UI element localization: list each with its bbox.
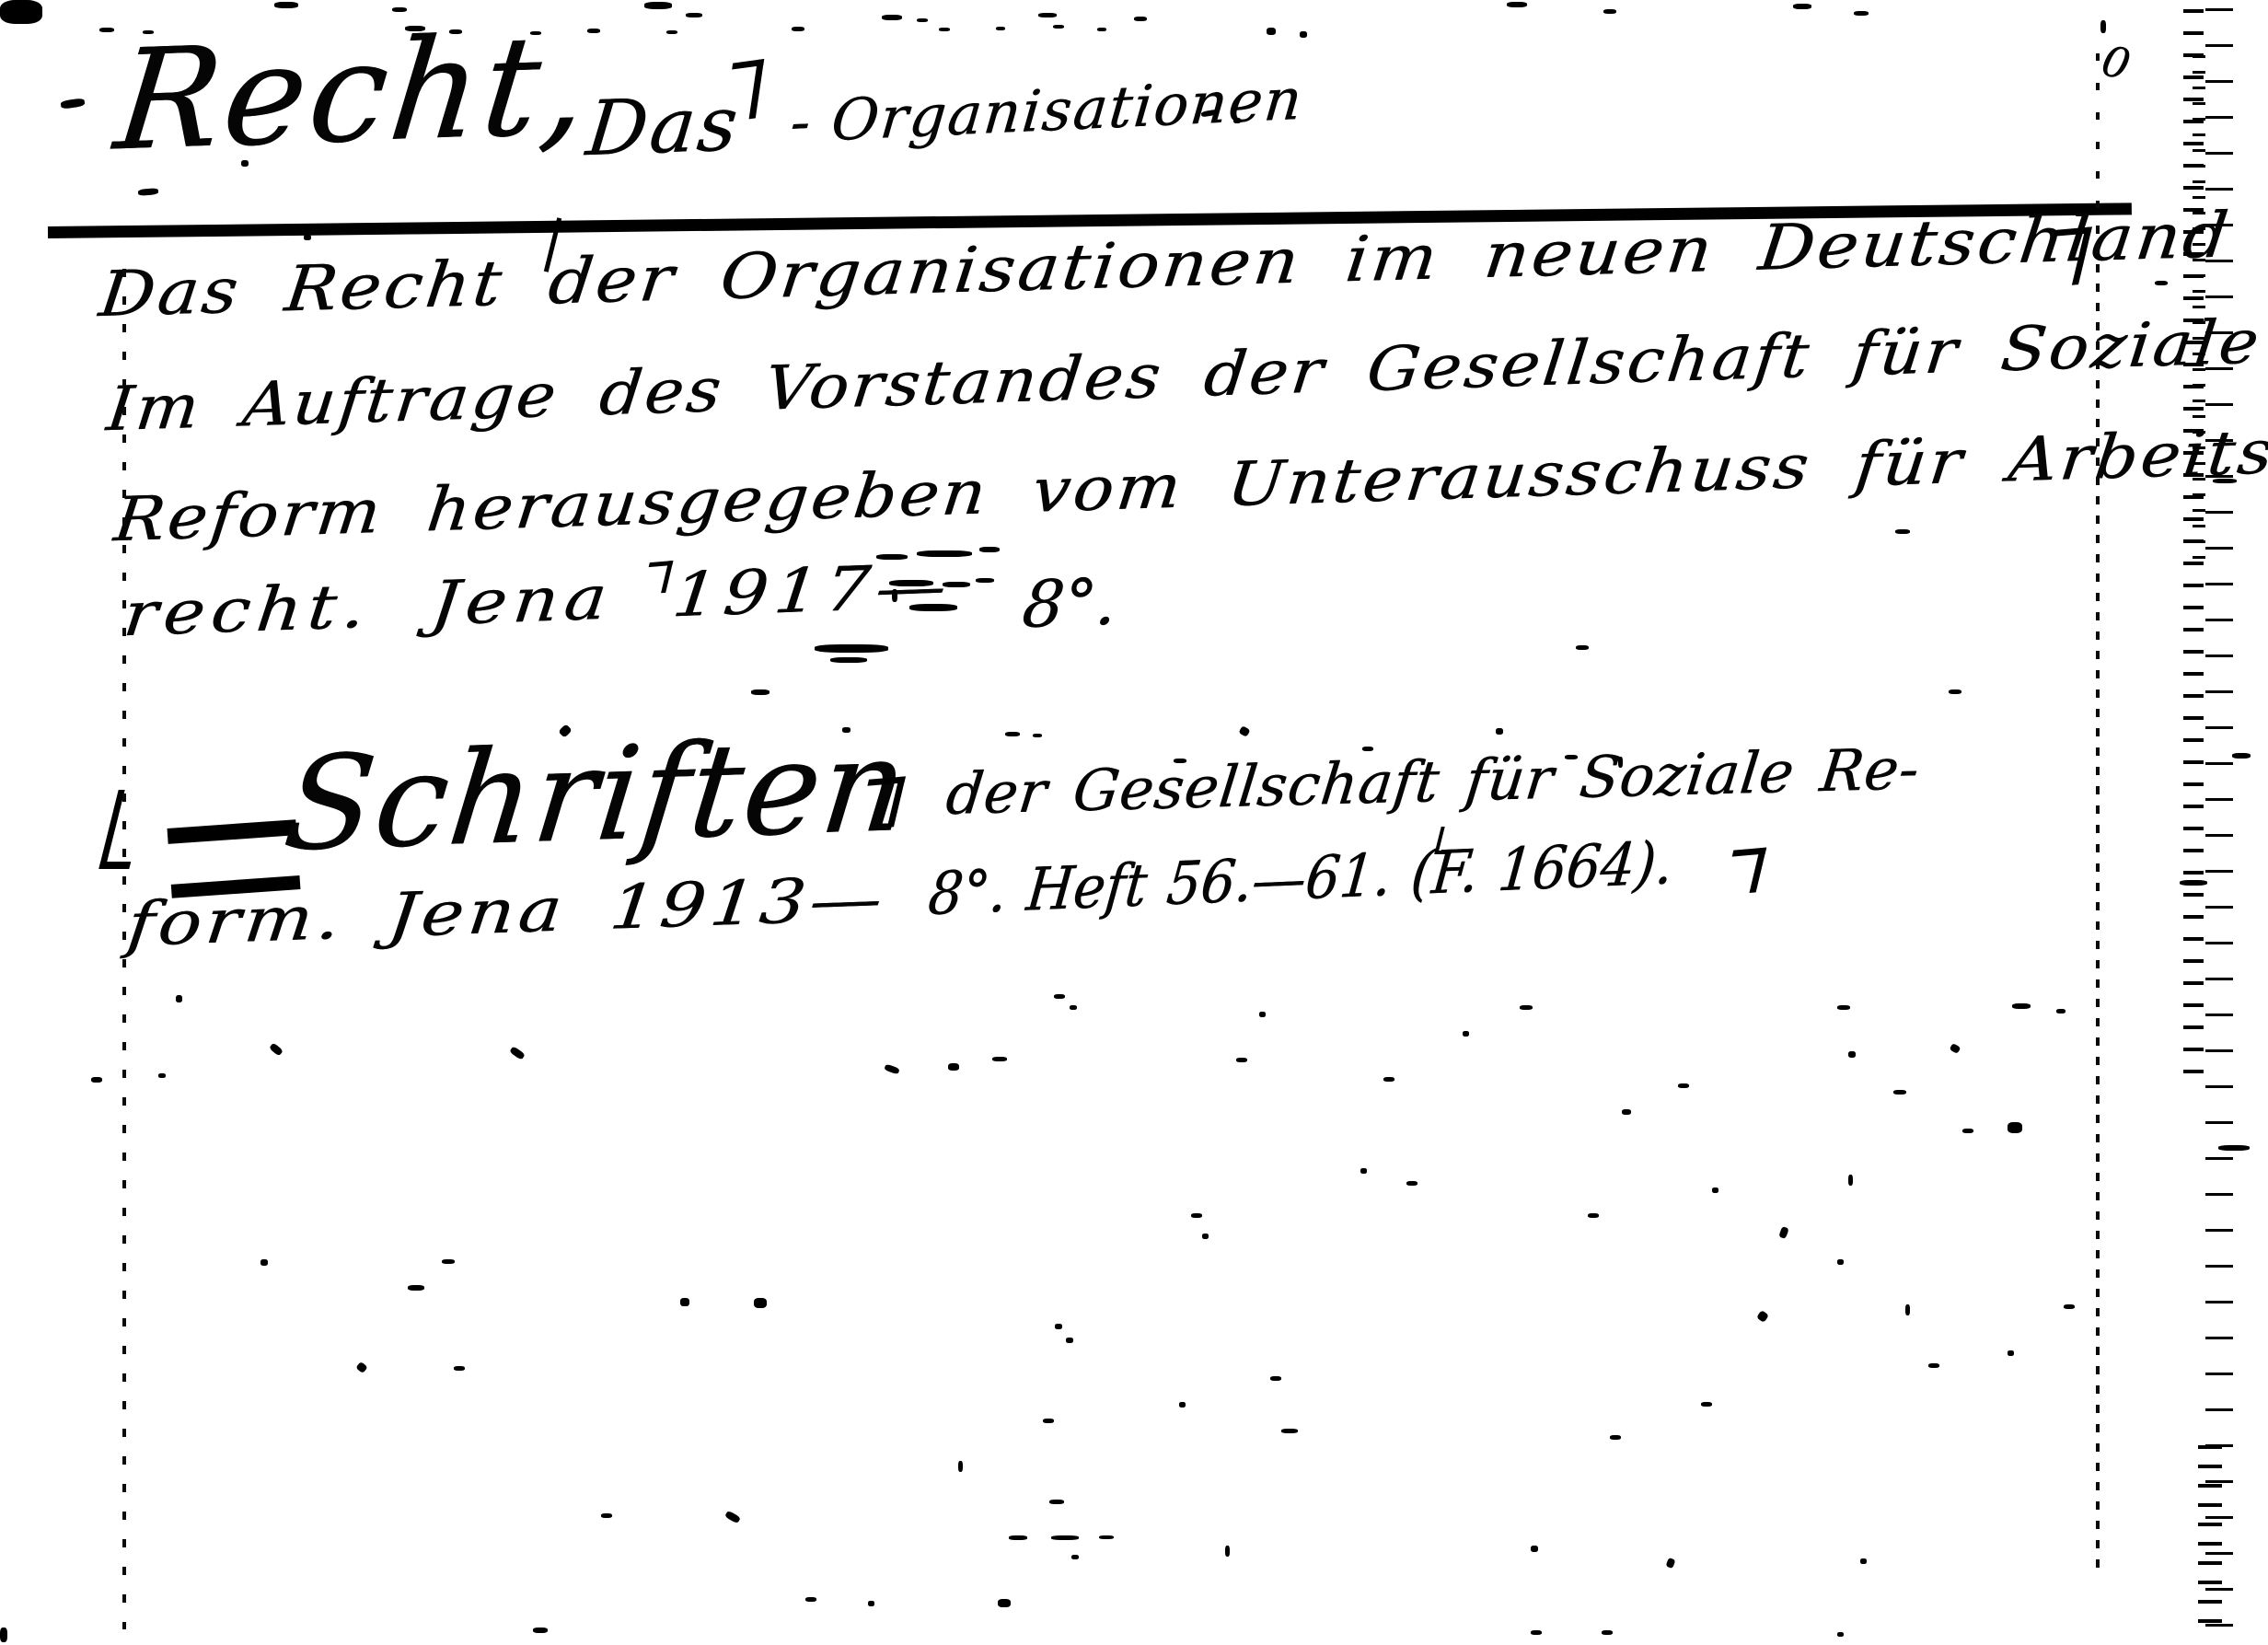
noise-speck — [1701, 1402, 1712, 1407]
noise-speck — [533, 1628, 548, 1633]
noise-speck — [1848, 1051, 1856, 1058]
noise-speck — [1507, 2, 1527, 7]
noise-speck — [1666, 1558, 1676, 1569]
noise-speck — [1622, 1109, 1631, 1115]
noise-speck — [1259, 1012, 1266, 1017]
noise-speck — [976, 578, 994, 583]
noise-speck — [392, 7, 407, 12]
noise-speck — [1033, 734, 1042, 737]
noise-speck — [1837, 1259, 1844, 1265]
noise-speck — [1049, 1500, 1064, 1504]
noise-speck — [882, 15, 902, 20]
noise-speck — [884, 1063, 899, 1074]
heading-article: Das — [583, 87, 743, 168]
noise-speck — [948, 1063, 959, 1071]
entry-line-3: Reform herausgegeben vom Unterausschuss … — [111, 421, 2268, 550]
noise-speck — [1383, 1077, 1394, 1082]
noise-speck — [666, 30, 677, 34]
noise-speck — [958, 1461, 963, 1472]
noise-speck — [1949, 689, 1961, 694]
noise-speck — [1362, 747, 1373, 751]
stray-zero-mark: 0 — [2098, 39, 2135, 87]
noise-speck — [1225, 1546, 1230, 1557]
noise-speck — [815, 644, 888, 653]
noise-speck — [1854, 11, 1869, 16]
noise-speck — [1618, 757, 1623, 768]
noise-speck — [91, 1077, 102, 1083]
noise-speck — [1756, 1310, 1769, 1323]
noise-speck — [805, 1597, 816, 1602]
noise-speck — [2056, 1009, 2065, 1014]
noise-speck — [939, 28, 950, 31]
noise-speck — [2232, 753, 2251, 759]
noise-speck — [99, 28, 114, 32]
noise-speck — [0, 0, 42, 24]
entry-line-2: Im Auftrage des Vorstandes der Gesellsch… — [104, 311, 2264, 440]
heading-subject: - Organisationen — [788, 71, 1305, 152]
noise-speck — [2008, 1122, 2022, 1133]
noise-speck — [1962, 1129, 1973, 1133]
noise-speck — [241, 160, 249, 167]
noise-speck — [1610, 1435, 1621, 1440]
catalog-card-scan: Recht, Das - Organisationen Das Recht de… — [0, 0, 2268, 1645]
scanner-noise-column — [2205, 0, 2233, 1639]
noise-speck — [686, 13, 702, 17]
noise-speck — [724, 1511, 741, 1524]
noise-speck — [1038, 13, 1057, 17]
noise-speck — [176, 995, 182, 1002]
noise-speck — [2213, 479, 2237, 483]
noise-speck — [1837, 1632, 1844, 1637]
left-dotted-border — [122, 269, 126, 1629]
noise-speck — [2155, 281, 2168, 285]
series-line-2-right: 8°. Heft 56.—61. (F. 1664). — [926, 834, 1676, 924]
closing-bracket-icon — [1723, 848, 1766, 896]
noise-speck — [1531, 1546, 1538, 1552]
noise-speck — [842, 727, 850, 733]
noise-speck — [143, 30, 154, 34]
noise-speck — [138, 188, 159, 196]
noise-speck — [1463, 1031, 1469, 1037]
noise-speck — [260, 1259, 268, 1266]
noise-speck — [1043, 1419, 1054, 1423]
noise-speck — [601, 1513, 612, 1518]
noise-speck — [1134, 17, 1147, 21]
noise-speck — [792, 27, 804, 31]
noise-speck — [1174, 759, 1186, 763]
noise-speck — [892, 589, 897, 602]
noise-speck — [1860, 1558, 1867, 1564]
noise-speck — [2100, 20, 2106, 33]
entry-format: 8°. — [1020, 569, 1120, 637]
noise-speck — [1097, 28, 1106, 31]
noise-speck — [1053, 25, 1064, 29]
noise-speck — [1531, 1630, 1542, 1635]
noise-speck — [644, 2, 672, 9]
noise-speck — [943, 582, 970, 587]
noise-speck — [1360, 1168, 1367, 1174]
noise-speck — [1603, 9, 1616, 14]
noise-speck — [1496, 728, 1503, 735]
noise-speck — [1066, 1338, 1073, 1343]
noise-speck — [1236, 1058, 1247, 1062]
series-keyword: Schriften — [279, 722, 914, 871]
noise-speck — [1565, 755, 1578, 759]
noise-speck — [917, 550, 972, 557]
noise-speck — [1712, 1187, 1718, 1193]
noise-speck — [868, 1601, 874, 1606]
noise-speck — [2218, 1145, 2250, 1151]
noise-speck — [0, 1628, 7, 1642]
noise-speck — [1893, 1090, 1906, 1095]
noise-speck — [1051, 1535, 1079, 1540]
insertion-bracket-icon — [724, 59, 764, 122]
noise-speck — [1191, 1213, 1202, 1218]
noise-speck — [158, 1073, 166, 1078]
noise-speck — [751, 689, 769, 695]
noise-speck — [1895, 529, 1910, 534]
noise-speck — [1233, 118, 1241, 123]
noise-speck — [1837, 1005, 1850, 1010]
noise-speck — [1588, 1213, 1599, 1218]
noise-speck — [1099, 1535, 1114, 1539]
noise-speck — [1905, 1304, 1910, 1315]
noise-speck — [454, 1366, 465, 1371]
noise-speck — [1678, 1083, 1689, 1088]
right-dotted-border — [2096, 226, 2100, 1568]
noise-speck — [1238, 725, 1250, 737]
noise-speck — [754, 1298, 767, 1308]
noise-speck — [2008, 1350, 2014, 1356]
noise-speck — [442, 1259, 455, 1264]
series-line-1: der Gesellschaft für Soziale Re- — [943, 740, 1923, 823]
noise-speck — [1520, 1005, 1533, 1010]
noise-speck — [449, 29, 462, 34]
noise-speck — [1005, 732, 1020, 736]
noise-speck — [304, 235, 311, 240]
noise-speck — [1070, 1005, 1077, 1010]
noise-speck — [830, 657, 867, 663]
scanner-noise-column — [2198, 1445, 2222, 1629]
heading-term: Recht, — [110, 16, 597, 171]
entry-line-4: recht. Jena 1917— — [121, 556, 955, 646]
noise-speck — [1602, 1630, 1613, 1635]
noise-speck — [1950, 1043, 1961, 1054]
noise-speck — [680, 1298, 689, 1306]
noise-speck — [998, 1599, 1011, 1607]
noise-speck — [2064, 1304, 2075, 1309]
noise-speck — [408, 1285, 424, 1291]
noise-speck — [2012, 1003, 2031, 1009]
noise-speck — [992, 1057, 1007, 1061]
noise-speck — [61, 98, 86, 110]
noise-speck — [1270, 1376, 1281, 1381]
noise-speck — [1054, 994, 1065, 999]
noise-speck — [1179, 1402, 1186, 1408]
noise-speck — [996, 27, 1005, 30]
noise-speck — [1778, 1226, 1789, 1239]
noise-speck — [1848, 1175, 1853, 1186]
noise-speck — [405, 26, 425, 31]
noise-speck — [355, 1361, 367, 1373]
noise-speck — [1406, 1181, 1417, 1186]
noise-speck — [979, 547, 1000, 552]
noise-speck — [917, 18, 928, 22]
noise-speck — [1071, 1555, 1079, 1559]
noise-speck — [1576, 645, 1589, 650]
noise-speck — [1793, 4, 1811, 9]
noise-speck — [909, 604, 957, 611]
noise-speck — [587, 29, 600, 33]
noise-speck — [1281, 1429, 1298, 1433]
noise-speck — [876, 554, 908, 560]
noise-speck — [1300, 31, 1307, 38]
noise-speck — [1009, 1535, 1027, 1540]
noise-speck — [1202, 1234, 1209, 1239]
noise-speck — [269, 1042, 283, 1056]
noise-speck — [1055, 1324, 1062, 1329]
noise-speck — [1267, 28, 1276, 35]
noise-speck — [1928, 1363, 1939, 1368]
noise-speck — [530, 31, 541, 35]
noise-speck — [274, 2, 298, 8]
scanner-noise-column — [2193, 55, 2205, 571]
noise-speck — [509, 1046, 526, 1060]
noise-speck — [2180, 880, 2207, 886]
noise-speck — [889, 580, 933, 586]
